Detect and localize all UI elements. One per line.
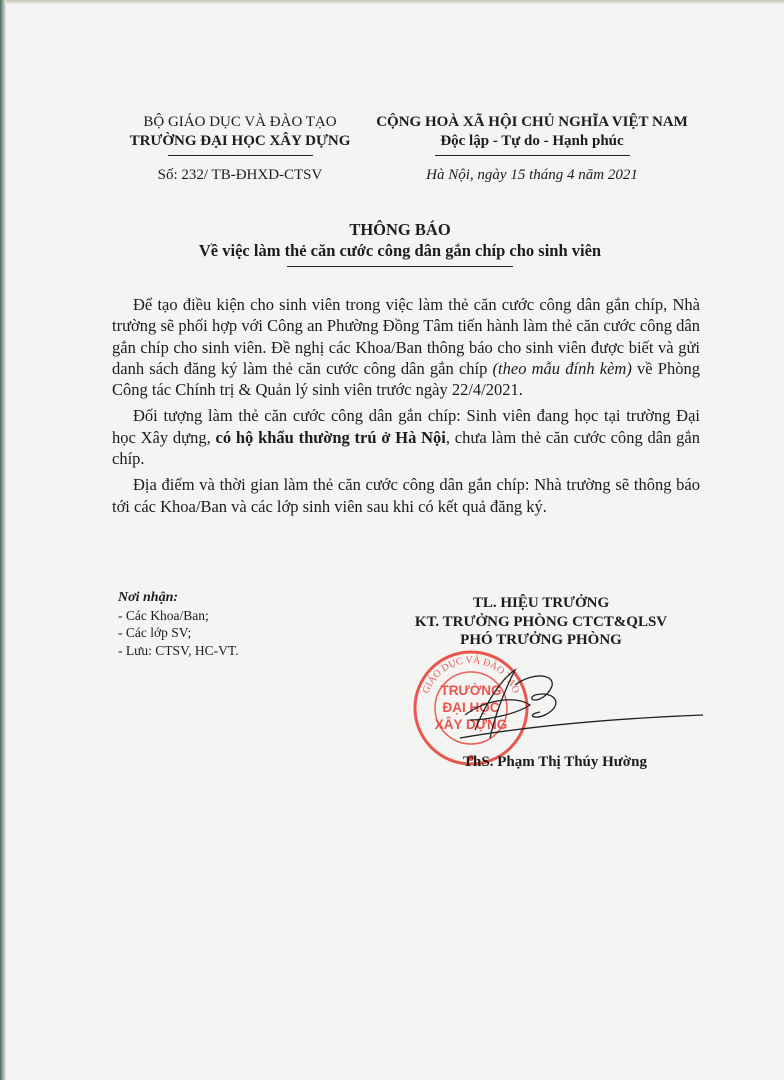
country-name: CỘNG HOÀ XÃ HỘI CHỦ NGHĨA VIỆT NAM — [370, 113, 694, 132]
signature-line-2: KT. TRƯỞNG PHÒNG CTCT&QLSV — [380, 613, 702, 632]
signer-name: ThS. Phạm Thị Thúy Hường — [420, 754, 690, 771]
recipients: Nơi nhận: - Các Khoa/Ban; - Các lớp SV; … — [118, 589, 238, 659]
paragraph-1: Để tạo điều kiện cho sinh viên trong việ… — [112, 294, 700, 400]
signature-block: TL. HIỆU TRƯỞNG KT. TRƯỞNG PHÒNG CTCT&QL… — [380, 594, 702, 650]
university-name: TRƯỜNG ĐẠI HỌC XÂY DỰNG — [100, 132, 380, 151]
header-right: CỘNG HOÀ XÃ HỘI CHỦ NGHĨA VIỆT NAM Độc l… — [370, 113, 694, 185]
paragraph-2: Đối tượng làm thẻ căn cước công dân gắn … — [112, 405, 700, 469]
recipient-item: - Các Khoa/Ban; — [118, 607, 238, 625]
recipient-item: - Lưu: CTSV, HC-VT. — [118, 642, 238, 660]
scan-left-edge — [0, 0, 6, 1080]
header-right-divider — [435, 155, 630, 156]
national-motto: Độc lập - Tự do - Hạnh phúc — [370, 132, 694, 151]
recipients-heading: Nơi nhận: — [118, 589, 238, 607]
header-left-divider — [168, 155, 313, 156]
title-subject: Về việc làm thẻ căn cước công dân gắn ch… — [150, 240, 650, 261]
document-title: THÔNG BÁO Về việc làm thẻ căn cước công … — [150, 219, 650, 267]
p2-bold: có hộ khẩu thường trú ở Hà Nội — [216, 428, 446, 447]
place-date: Hà Nội, ngày 15 tháng 4 năm 2021 — [370, 166, 694, 185]
signature-line-1: TL. HIỆU TRƯỞNG — [380, 594, 702, 613]
p1-italic: (theo mẫu đính kèm) — [493, 359, 632, 378]
header-left: BỘ GIÁO DỤC VÀ ĐÀO TẠO TRƯỜNG ĐẠI HỌC XÂ… — [100, 113, 380, 185]
document-number: Số: 232/ TB-ĐHXD-CTSV — [100, 166, 380, 185]
title-heading: THÔNG BÁO — [150, 219, 650, 240]
signature-line-3: PHÓ TRƯỞNG PHÒNG — [380, 631, 702, 650]
handwritten-signature-icon — [455, 660, 705, 750]
ministry-name: BỘ GIÁO DỤC VÀ ĐÀO TẠO — [100, 113, 380, 132]
title-divider — [287, 266, 513, 267]
document-body: Để tạo điều kiện cho sinh viên trong việ… — [112, 294, 700, 522]
recipient-item: - Các lớp SV; — [118, 624, 238, 642]
paragraph-3: Địa điểm và thời gian làm thẻ căn cước c… — [112, 474, 700, 517]
